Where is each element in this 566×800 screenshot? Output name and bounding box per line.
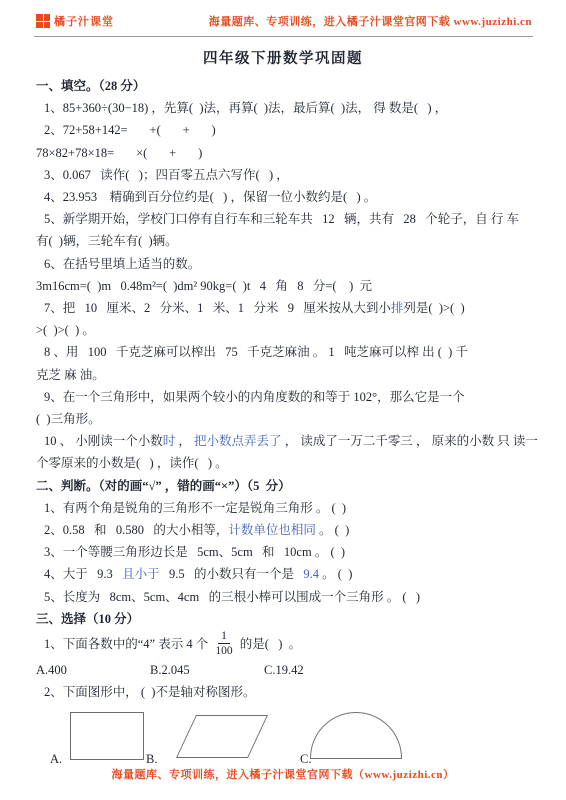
choice-option: B.2.045 <box>150 659 264 681</box>
worksheet-line: 6、在括号里填上适当的数。 <box>36 253 538 275</box>
header-tagline: 海量题库、专项训练，进入橘子汁课堂官网下载 www.juzizhi.cn <box>209 13 532 29</box>
worksheet-line: 5、新学期开始，学校门口停有自行车和三轮车共 12 辆，共有 28 个轮子，自 … <box>36 208 538 230</box>
worksheet-line: ( )三角形。 <box>36 408 538 430</box>
worksheet-line: 3、一个等腰三角形边长是 5cm、5cm 和 10cm 。 ( ) <box>36 541 538 563</box>
line-text: 的是( ) 。 <box>237 630 302 658</box>
worksheet-line: 9、在一个三角形中，如果两个较小的内角度数的和等于 102°，那么它是一个 <box>36 386 538 408</box>
line-text: 5、长度为 8cm、5cm、4cm 的三根小棒可以围成一个三角形 。 ( ) <box>44 590 420 604</box>
highlighted-text: 且小于 <box>122 567 160 581</box>
brand-name: 橘子汁课堂 <box>54 13 114 29</box>
worksheet-line: 8 、用 100 千克芝麻可以榨出 75 千克芝麻油 。 1 吨芝麻可以榨 出 … <box>36 341 538 363</box>
line-text: 三、选择（10 分） <box>36 612 139 626</box>
line-text: 3、0.067 读作( )；四百零五点六写作( ) ， <box>44 168 289 182</box>
section-heading: 一、填空。（28 分） <box>36 75 538 97</box>
fraction: 1100 <box>215 630 232 658</box>
section-heading: 三、选择（10 分） <box>36 608 538 630</box>
shape-label-b: B. <box>146 752 157 767</box>
line-text: 二、判断。（对的画“√” ，错的画“×”）（5 分） <box>36 479 291 493</box>
line-text: 9、在一个三角形中，如果两个较小的内角度数的和等于 102°，那么它是一个 <box>44 390 465 404</box>
worksheet-page: 橘子汁课堂 海量题库、专项训练，进入橘子汁课堂官网下载 www.juzizhi.… <box>0 0 566 800</box>
worksheet-line: 1、有两个角是锐角的三角形不一定是锐角三角形 。 ( ) <box>36 497 538 519</box>
line-text: 4、大于 9.3 <box>44 567 122 581</box>
choice-option: A.400 <box>36 659 150 681</box>
worksheet-line: >( )>( ) 。 <box>36 319 538 341</box>
line-text: 4、23.953 精确到百分位约是( ) ，保留一位小数约是( ) 。 <box>44 190 376 204</box>
highlighted-text: 计数单位也相同 <box>228 523 316 537</box>
line-text: 9.5 的小数只有一个是 <box>160 567 304 581</box>
line-text: 克芝 麻 油。 <box>36 368 105 382</box>
worksheet-line: 3m16cm=( )m 0.48m²=( )dm² 90kg=( )t 4 角 … <box>36 275 538 297</box>
line-text: 列是( )>( ) <box>403 301 464 315</box>
worksheet-line: 3、0.067 读作( )；四百零五点六写作( ) ， <box>36 164 538 186</box>
line-text: >( )>( ) 。 <box>36 323 95 337</box>
worksheet-line: 1、下面各数中的“4” 表示 4 个 1100 的是( ) 。 <box>36 630 538 658</box>
line-text: 5、新学期开始，学校门口停有自行车和三轮车共 12 辆，共有 28 个轮子，自 … <box>44 212 519 226</box>
line-text: 。 ( ) <box>319 567 352 581</box>
line-text: 3m16cm=( )m 0.48m²=( )dm² 90kg=( )t 4 角 … <box>36 279 372 293</box>
line-text: 一、填空。（28 分） <box>36 79 145 93</box>
line-text: 3、一个等腰三角形边长是 5cm、5cm 和 10cm 。 ( ) <box>44 545 345 559</box>
line-text: 2、72+58+142= +( + ) <box>44 123 216 137</box>
highlighted-text: 9.4 <box>303 567 319 581</box>
shape-label-a: A. <box>50 752 62 767</box>
worksheet-line: 个零原来的小数是( ) ，读作( ) 。 <box>36 452 538 474</box>
worksheet-line: 4、23.953 精确到百分位约是( ) ，保留一位小数约是( ) 。 <box>36 186 538 208</box>
section-heading: 二、判断。（对的画“√” ，错的画“×”）（5 分） <box>36 475 538 497</box>
worksheet-line: 2、0.58 和 0.580 的大小相等，计数单位也相同 。 ( ) <box>36 519 538 541</box>
worksheet-line: 5、长度为 8cm、5cm、4cm 的三根小棒可以围成一个三角形 。 ( ) <box>36 586 538 608</box>
line-text: 1、有两个角是锐角的三角形不一定是锐角三角形 。 ( ) <box>44 501 346 515</box>
orange-squares-logo-icon <box>36 14 50 28</box>
line-text: 7、把 10 厘米、2 分米、1 米、1 分米 9 厘米按从大到小 <box>44 301 391 315</box>
highlighted-text: 时 <box>163 434 176 448</box>
line-text: 1、下面各数中的“4” 表示 4 个 <box>44 630 211 658</box>
highlighted-text: 把小数点弄丢了 <box>194 434 282 448</box>
worksheet-line: 1、85+360÷(30−18) ，先算( )法，再算( )法，最后算( )法，… <box>36 97 538 119</box>
line-text: 2、0.58 和 0.580 的大小相等， <box>44 523 228 537</box>
line-text: 。 ( ) <box>316 523 349 537</box>
worksheet-line: 78×82+78×18= ×( + ) <box>36 142 538 164</box>
line-text: 个零原来的小数是( ) ，读作( ) 。 <box>36 456 228 470</box>
answer-shapes-row: A. B. C. <box>36 709 538 767</box>
line-text: 有( )辆，三轮车有( )辆。 <box>36 234 178 248</box>
rectangle-shape <box>70 712 144 760</box>
line-text: 8 、用 100 千克芝麻可以榨出 75 千克芝麻油 。 1 吨芝麻可以榨 出 … <box>44 345 468 359</box>
worksheet-line: 克芝 麻 油。 <box>36 364 538 386</box>
line-text: 1、85+360÷(30−18) ，先算( )法，再算( )法，最后算( )法，… <box>44 101 447 115</box>
line-text: 78×82+78×18= ×( + ) <box>36 146 202 160</box>
worksheet-line: 2、72+58+142= +( + ) <box>36 119 538 141</box>
worksheet-line: 2、下面图形中， ( )不是轴对称图形。 <box>36 681 538 703</box>
footer-tagline: 海量题库、专项训练，进入橘子汁课堂官网下载（www.juzizhi.cn） <box>0 766 566 782</box>
line-text: ， <box>175 434 194 448</box>
parallelogram-shape <box>176 715 268 758</box>
highlighted-text: 排 <box>391 301 404 315</box>
line-text: 10 、 小刚读一个小数 <box>44 434 163 448</box>
worksheet-line: 4、大于 9.3 且小于 9.5 的小数只有一个是 9.4 。 ( ) <box>36 563 538 585</box>
worksheet-lines: 一、填空。（28 分）1、85+360÷(30−18) ，先算( )法，再算( … <box>36 75 538 703</box>
line-text: ， 读成了一万二千零三 ， 原来的小数 只 读一 <box>282 434 538 448</box>
semicircle-shape <box>310 712 402 759</box>
worksheet-line: 10 、 小刚读一个小数时 ， 把小数点弄丢了 ， 读成了一万二千零三 ， 原来… <box>36 430 538 452</box>
line-text: ( )三角形。 <box>36 412 101 426</box>
line-text: 6、在括号里填上适当的数。 <box>44 257 200 271</box>
brand-logo: 橘子汁课堂 <box>36 13 114 29</box>
page-title: 四年级下册数学巩固题 <box>0 47 566 68</box>
choice-options-row: A.400B.2.045C.19.42 <box>36 659 538 681</box>
choice-option: C.19.42 <box>264 659 378 681</box>
worksheet-line: 有( )辆，三轮车有( )辆。 <box>36 230 538 252</box>
worksheet-line: 7、把 10 厘米、2 分米、1 米、1 分米 9 厘米按从大到小排列是( )>… <box>36 297 538 319</box>
line-text: 2、下面图形中， ( )不是轴对称图形。 <box>44 685 255 699</box>
header-divider <box>34 36 533 37</box>
page-header: 橘子汁课堂 海量题库、专项训练，进入橘子汁课堂官网下载 www.juzizhi.… <box>0 0 566 29</box>
